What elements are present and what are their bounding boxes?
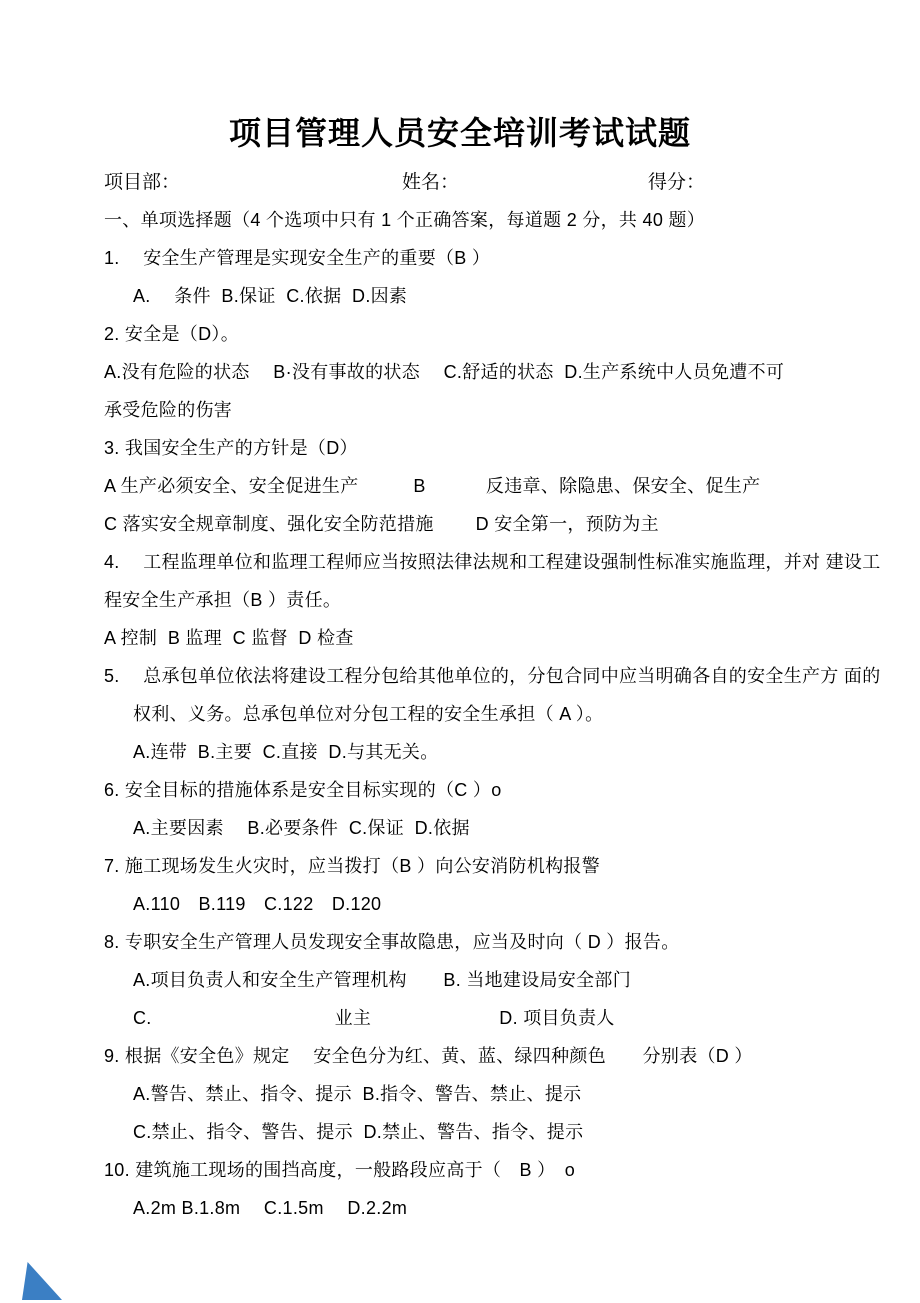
question-7: 7. 施工现场发生火灾时，应当拨打（B ）向公安消防机构报警 [0,847,920,885]
question-9-options-ab: A.警告、禁止、指令、提示 B.指令、警告、禁止、提示 [0,1075,920,1113]
question-4-line2: 程安全生产承担（B ）责任。 [0,581,920,619]
question-6: 6. 安全目标的措施体系是安全目标实现的（C ）o [0,771,920,809]
question-10: 10. 建筑施工现场的围挡高度，一般路段应高于（ B ） o [0,1151,920,1189]
project-dept-label: 项目部： [104,167,180,194]
header-fields: 项目部： 姓名： 得分： [0,167,920,197]
question-8-options-ab: A.项目负责人和安全生产管理机构 B. 当地建设局安全部门 [0,961,920,999]
question-5-line1: 5. 总承包单位依法将建设工程分包给其他单位的，分包合同中应当明确各自的安全生产… [0,657,920,695]
exam-body: 一、单项选择题（4 个选项中只有 1 个正确答案，每道题 2 分，共 40 题）… [0,201,920,1227]
question-2-options-line2: 承受危险的伤害 [0,391,920,429]
question-4-line1: 4. 工程监理单位和监理工程师应当按照法律法规和工程建设强制性标准实施监理，并对… [0,543,920,581]
question-5-options: A.连带 B.主要 C.直接 D.与其无关。 [0,733,920,771]
score-label: 得分： [648,167,705,194]
exam-document-page: 项目管理人员安全培训考试试题 项目部： 姓名： 得分： 一、单项选择题（4 个选… [0,0,920,1303]
page-title: 项目管理人员安全培训考试试题 [0,108,920,154]
question-1-options: A. 条件 B.保证 C.依据 D.因素 [0,277,920,315]
question-9: 9. 根据《安全色》规定 安全色分为红、黄、蓝、绿四种颜色 分别表（D ） [0,1037,920,1075]
question-2-options-line1: A.没有危险的状态 B·没有事故的状态 C.舒适的状态 D.生产系统中人员免遭不… [0,353,920,391]
question-3-options-ab: A 生产必须安全、安全促进生产 B 反违章、除隐患、保安全、促生产 [0,467,920,505]
question-2: 2. 安全是（D）。 [0,315,920,353]
question-3-options-cd: C 落实安全规章制度、强化安全防范措施 D 安全第一，预防为主 [0,505,920,543]
question-7-options: A.110 B.119 C.122 D.120 [0,885,920,923]
name-label: 姓名： [402,167,459,194]
question-8: 8. 专职安全生产管理人员发现安全事故隐患，应当及时向（ D ）报告。 [0,923,920,961]
corner-fold-decoration [22,1262,62,1300]
question-4-options: A 控制 B 监理 C 监督 D 检查 [0,619,920,657]
question-8-options-cd: C. 业主 D. 项目负责人 [0,999,920,1037]
question-3: 3. 我国安全生产的方针是（D） [0,429,920,467]
question-9-options-cd: C.禁止、指令、警告、提示 D.禁止、警告、指令、提示 [0,1113,920,1151]
question-1: 1. 安全生产管理是实现安全生产的重要（B ） [0,239,920,277]
question-6-options: A.主要因素 B.必要条件 C.保证 D.依据 [0,809,920,847]
question-10-options: A.2m B.1.8m C.1.5m D.2.2m [0,1189,920,1227]
section-one-heading: 一、单项选择题（4 个选项中只有 1 个正确答案，每道题 2 分，共 40 题） [0,201,920,239]
question-5-line2: 权利、义务。总承包单位对分包工程的安全生承担（ A ）。 [0,695,920,733]
